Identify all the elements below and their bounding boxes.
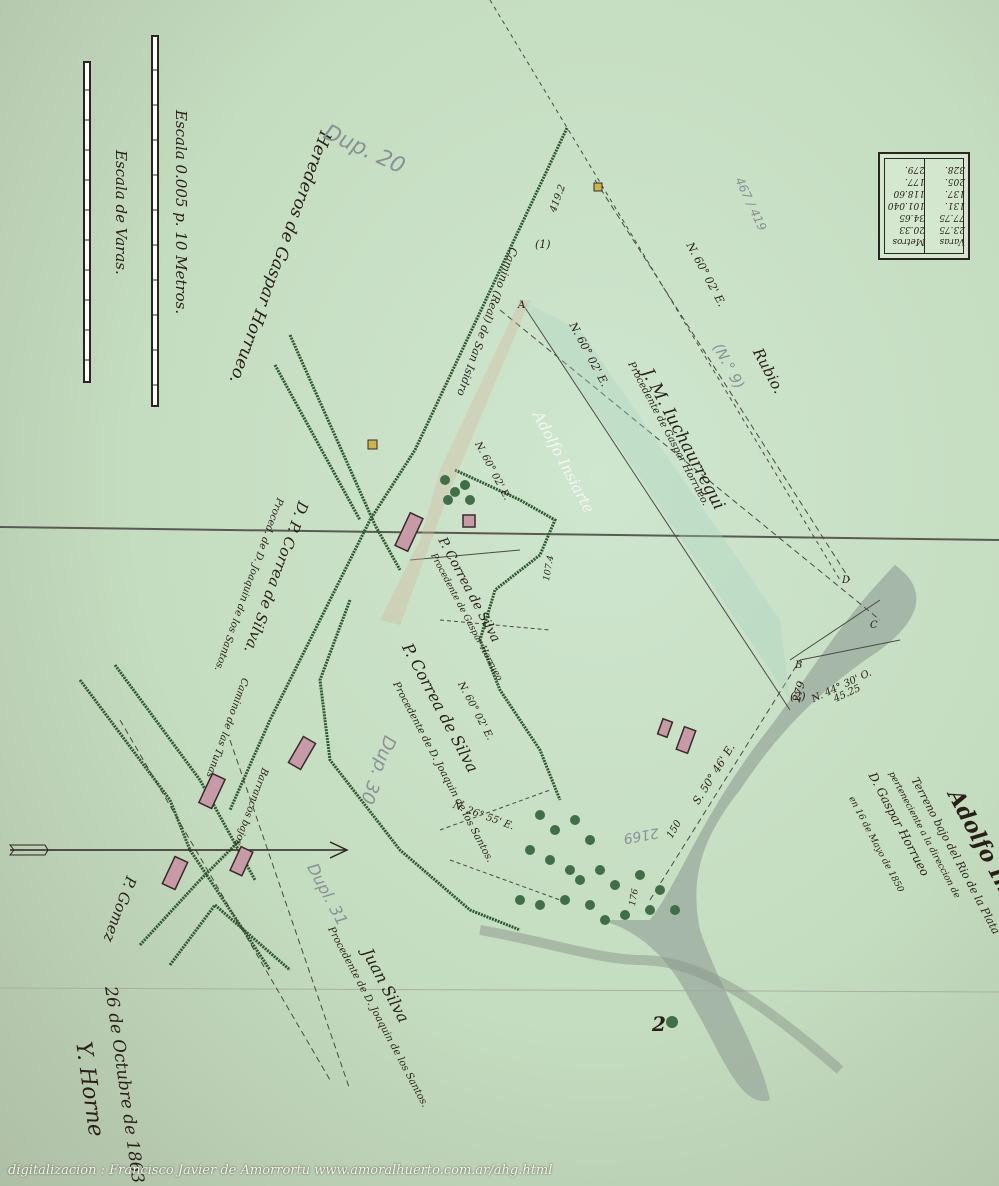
table-cell: 131. (927, 199, 965, 211)
table-header-varas: Varas (927, 235, 965, 247)
hedge-road-left (290, 335, 400, 570)
sheet-number-mark (666, 1016, 678, 1028)
fold-line-horizontal (0, 527, 999, 540)
fold-line-lower (0, 988, 999, 992)
table-header-metros: Metros (887, 235, 925, 247)
point-label-c: C (870, 620, 878, 631)
historical-map: Escala 0.005 p. 10 Metros. Escala de Var… (0, 0, 999, 1186)
table-cell: 77.75 (927, 211, 965, 223)
sheet-number: 2 (652, 1012, 666, 1036)
hedge-cross-2 (140, 840, 240, 945)
scale-meters-label: Escala 0.005 p. 10 Metros. (172, 110, 190, 314)
table-cell: 34.65 (887, 211, 925, 223)
digitization-credit: digitalización : Francisco Javier de Amo… (8, 1163, 552, 1178)
table-cell: 205. (927, 175, 965, 187)
map-drawing (0, 0, 999, 1186)
table-cell: 118.60 (887, 187, 925, 199)
table-cell: 101.040 (887, 199, 925, 211)
scale-varas-label: Escala de Varas. (112, 150, 130, 275)
table-cell: 20.33 (887, 223, 925, 235)
point-label: (2) (790, 690, 806, 703)
table-cell: 23.75 (927, 223, 965, 235)
table-cell: 279. (887, 163, 925, 175)
point-label: (1) (535, 238, 551, 251)
point-label-a: A (518, 300, 525, 311)
marker (594, 183, 602, 191)
survey-line-1 (520, 300, 790, 710)
table-cell: 328. (927, 163, 965, 175)
table-col-metros: Metros 20.33 34.65 101.040 118.60 177. 2… (887, 165, 925, 247)
property-shade (520, 300, 790, 700)
table-divider (924, 159, 925, 253)
scale-bar-varas (84, 62, 90, 382)
point-label-b: B (795, 660, 802, 671)
table-col-varas: Varas 23.75 77.75 131. 137. 205. 328. (927, 165, 965, 247)
conversion-table: Metros 20.33 34.65 101.040 118.60 177. 2… (878, 152, 970, 260)
table-cell: 137. (927, 187, 965, 199)
table-cell: 177. (887, 175, 925, 187)
point-label-d: D (842, 575, 850, 586)
